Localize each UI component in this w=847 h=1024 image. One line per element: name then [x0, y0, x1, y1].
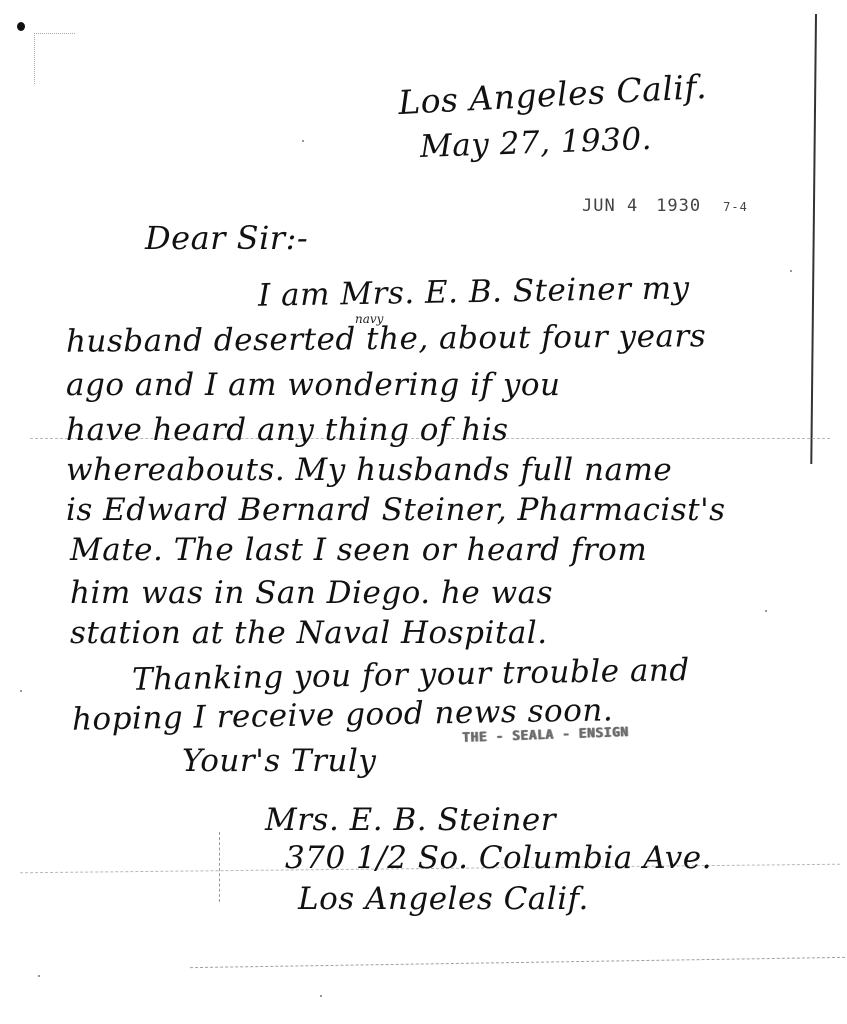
- body-line: have heard any thing of his: [66, 415, 509, 446]
- salutation: Dear Sir:-: [145, 222, 308, 254]
- body-line: is Edward Bernard Steiner, Pharmacist's: [66, 495, 726, 526]
- stamp-month-day: JUN 4: [582, 196, 638, 216]
- ink-blot: [17, 22, 25, 31]
- body-line: station at the Naval Hospital.: [70, 618, 548, 649]
- body-line: I am Mrs. E. B. Steiner my: [258, 273, 690, 312]
- stamp-code: 7-4: [723, 200, 748, 214]
- speck: [320, 995, 322, 997]
- speck: [790, 270, 792, 272]
- received-date-stamp: JUN 419307-4: [582, 196, 748, 216]
- speck: [38, 975, 40, 977]
- signature-address-line1: 370 1/2 So. Columbia Ave.: [285, 843, 712, 874]
- body-line: whereabouts. My husbands full name: [66, 455, 672, 486]
- speck: [765, 610, 767, 612]
- body-line: ago and I am wondering if you: [66, 370, 560, 401]
- letter-page: Los Angeles Calif. May 27, 1930. JUN 419…: [0, 0, 847, 1024]
- letter-date: May 27, 1930.: [420, 124, 653, 163]
- crop-mark-vertical: [219, 832, 220, 902]
- paper-edge-line: [810, 14, 816, 464]
- body-line: Thanking you for your trouble and: [132, 655, 690, 696]
- closing: Your's Truly: [182, 746, 376, 777]
- letter-place: Los Angeles Calif.: [397, 70, 707, 119]
- body-line: him was in San Diego. he was: [70, 578, 553, 609]
- stamp-year: 1930: [656, 196, 701, 216]
- body-line: husband deserted the, about four years: [66, 321, 706, 358]
- corner-crop-mark: [34, 33, 75, 84]
- fold-line: [190, 957, 845, 968]
- body-line: Mate. The last I seen or heard from: [70, 535, 647, 566]
- signature-name: Mrs. E. B. Steiner: [265, 805, 556, 836]
- speck: [20, 690, 22, 692]
- signature-address-line2: Los Angeles Calif.: [298, 884, 589, 915]
- speck: [302, 140, 304, 142]
